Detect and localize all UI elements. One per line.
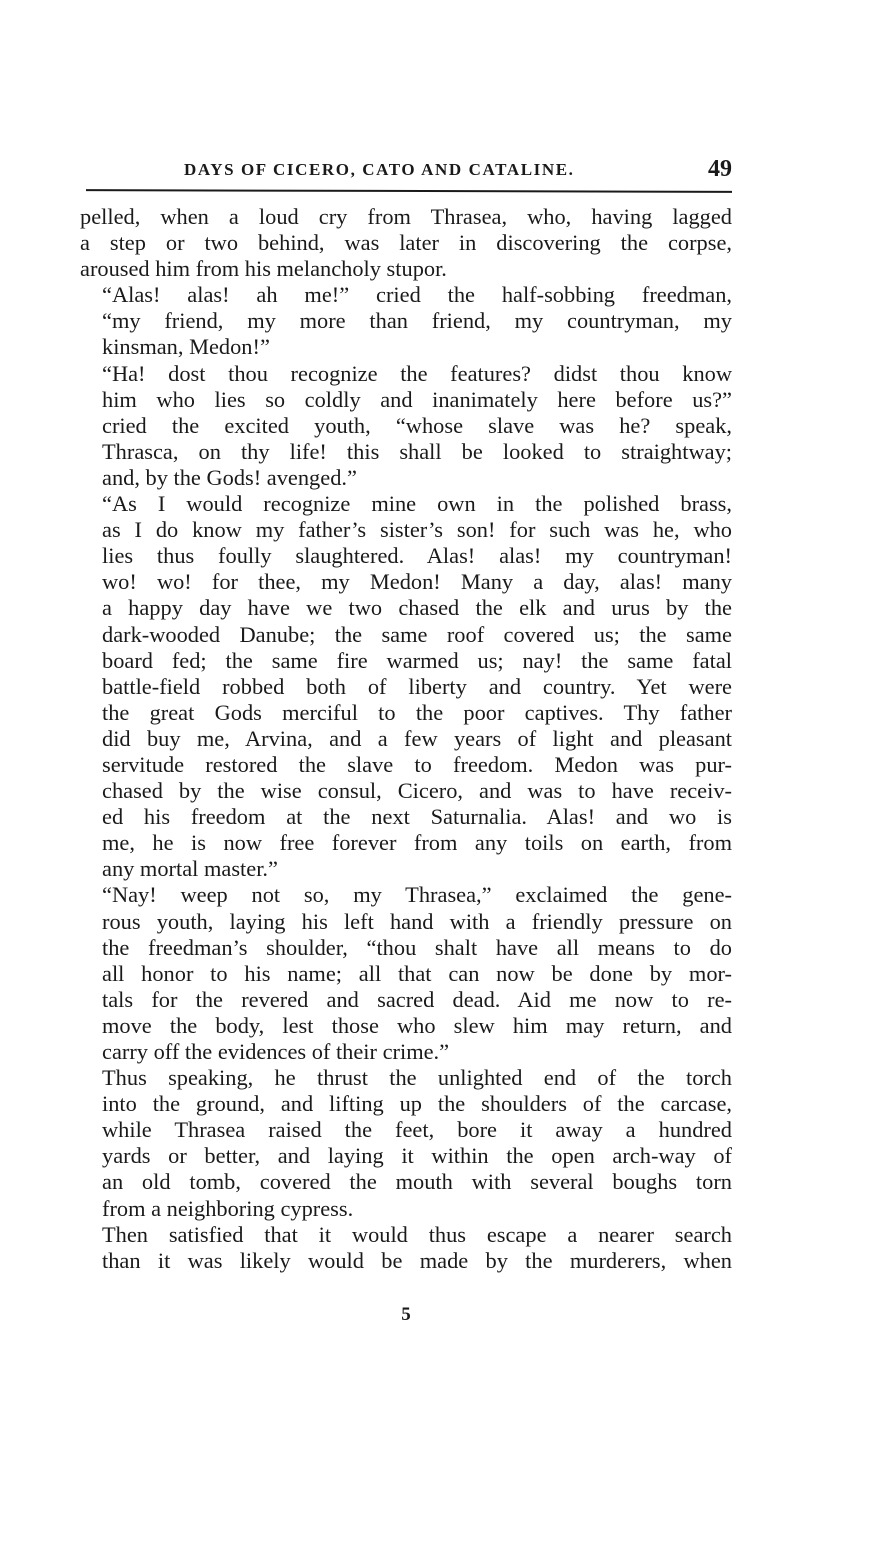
text-line: a happy day have we two chased the elk a…: [80, 595, 732, 621]
text-line: chased by the wise consul, Cicero, and w…: [80, 778, 732, 804]
paragraph-1: pelled, when a loud cry from Thrasea, wh…: [80, 204, 732, 282]
text-line: than it was likely would be made by the …: [80, 1248, 732, 1274]
text-line: servitude restored the slave to freedom.…: [80, 752, 732, 778]
book-page: Days of Cicero, Cato and Cataline. 49 pe…: [80, 158, 732, 1274]
text-line: yards or better, and laying it within th…: [80, 1143, 732, 1169]
running-title: Days of Cicero, Cato and Cataline.: [184, 160, 575, 180]
text-line: aroused him from his melancholy stupor.: [80, 256, 732, 282]
text-line: did buy me, Arvina, and a few years of l…: [80, 726, 732, 752]
text-line: “Ha! dost thou recognize the features? d…: [80, 361, 732, 387]
text-line: battle-field robbed both of liberty and …: [80, 674, 732, 700]
paragraph-4: “As I would recognize mine own in the po…: [80, 491, 732, 882]
text-line: “Alas! alas! ah me!” cried the half-sobb…: [80, 282, 732, 308]
text-line: wo! wo! for thee, my Medon! Many a day, …: [80, 569, 732, 595]
body-text: pelled, when a loud cry from Thrasea, wh…: [80, 204, 732, 1274]
text-line: board fed; the same fire warmed us; nay!…: [80, 648, 732, 674]
paragraph-3: “Ha! dost thou recognize the features? d…: [80, 361, 732, 491]
text-line: kinsman, Medon!”: [80, 334, 732, 360]
text-line: the freedman’s shoulder, “thou shalt hav…: [80, 935, 732, 961]
text-line: all honor to his name; all that can now …: [80, 961, 732, 987]
text-line: dark-wooded Danube; the same roof covere…: [80, 622, 732, 648]
text-line: and, by the Gods! avenged.”: [80, 465, 732, 491]
text-line: as I do know my father’s sister’s son! f…: [80, 517, 732, 543]
paragraph-5: “Nay! weep not so, my Thrasea,” exclaime…: [80, 882, 732, 1065]
text-line: an old tomb, covered the mouth with seve…: [80, 1169, 732, 1195]
text-line: any mortal master.”: [80, 856, 732, 882]
text-line: while Thrasea raised the feet, bore it a…: [80, 1117, 732, 1143]
text-line: the great Gods merciful to the poor capt…: [80, 700, 732, 726]
paragraph-6: Thus speaking, he thrust the unlighted e…: [80, 1065, 732, 1222]
running-head: Days of Cicero, Cato and Cataline. 49: [80, 158, 732, 190]
text-line: me, he is now free forever from any toil…: [80, 830, 732, 856]
text-line: into the ground, and lifting up the shou…: [80, 1091, 732, 1117]
text-line: move the body, lest those who slew him m…: [80, 1013, 732, 1039]
signature-mark: 5: [80, 1304, 732, 1326]
text-line: pelled, when a loud cry from Thrasea, wh…: [80, 204, 732, 230]
text-line: from a neighboring cypress.: [80, 1196, 732, 1222]
text-line: Thus speaking, he thrust the unlighted e…: [80, 1065, 732, 1091]
text-line: “Nay! weep not so, my Thrasea,” exclaime…: [80, 882, 732, 908]
text-line: Thrasca, on thy life! this shall be look…: [80, 439, 732, 465]
text-line: carry off the evidences of their crime.”: [80, 1039, 732, 1065]
header-rule: [86, 189, 732, 193]
text-line: Then satisfied that it would thus escape…: [80, 1222, 732, 1248]
page-number: 49: [708, 156, 732, 183]
text-line: lies thus foully slaughtered. Alas! alas…: [80, 543, 732, 569]
text-line: “my friend, my more than friend, my coun…: [80, 308, 732, 334]
text-line: “As I would recognize mine own in the po…: [80, 491, 732, 517]
text-line: tals for the revered and sacred dead. Ai…: [80, 987, 732, 1013]
text-line: him who lies so coldly and inanimately h…: [80, 387, 732, 413]
text-line: ed his freedom at the next Saturnalia. A…: [80, 804, 732, 830]
text-line: rous youth, laying his left hand with a …: [80, 909, 732, 935]
text-line: cried the excited youth, “whose slave wa…: [80, 413, 732, 439]
paragraph-7: Then satisfied that it would thus escape…: [80, 1222, 732, 1274]
paragraph-2: “Alas! alas! ah me!” cried the half-sobb…: [80, 282, 732, 360]
text-line: a step or two behind, was later in disco…: [80, 230, 732, 256]
